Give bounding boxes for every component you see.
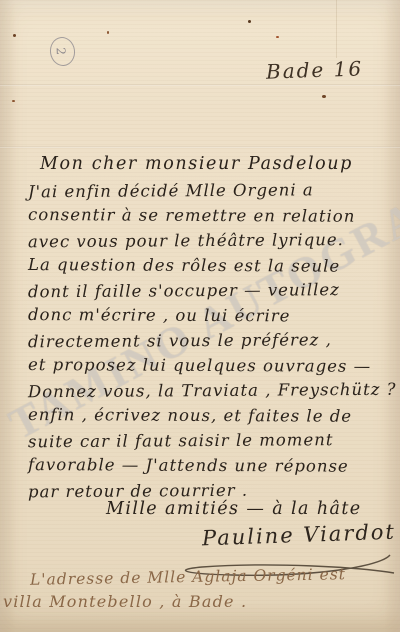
letter-dateline: Bade 16 — [266, 56, 364, 83]
letter-line: Donnez vous, la Traviata , Freyschütz ? — [28, 380, 398, 408]
foxing-speck — [248, 20, 251, 23]
letter-body: J'ai enfin décidé Mlle Orgeni a consenti… — [28, 181, 398, 506]
foxing-speck — [13, 34, 16, 37]
postscript-line: villa Montebello , à Bade . — [3, 592, 247, 611]
foxing-speck — [12, 100, 15, 102]
paper-crease — [0, 84, 400, 86]
letter-line: consentir à se remettre en relation — [28, 205, 398, 232]
letter-line: La question des rôles est la seule — [28, 255, 398, 282]
letter-line: avec vous pour le théâtre lyrique. — [28, 230, 398, 258]
letter-line: J'ai enfin décidé Mlle Orgeni a — [28, 180, 398, 208]
foxing-speck — [107, 31, 109, 34]
collector-mark-text: 2 — [54, 47, 68, 55]
paper-crease — [336, 0, 337, 58]
postscript-line: L'adresse de Mlle Aglaja Orgéni est — [30, 565, 346, 589]
letter-line: directement si vous le préférez , — [28, 330, 398, 358]
letter-line: donc m'écrire , ou lui écrire — [28, 305, 398, 332]
letter-line: suite car il faut saisir le moment — [28, 430, 398, 458]
letter-closing: Mille amitiés — à la hâte — [106, 499, 362, 519]
foxing-speck — [322, 95, 326, 98]
signature-pauline-viardot: Pauline Viardot — [202, 520, 397, 551]
letter-line: et proposez lui quelques ouvrages — — [28, 355, 398, 382]
letter-line: favorable — J'attends une réponse — [28, 455, 398, 482]
letter-scan: TAMINO AUTOGRAPHS 2 Bade 16 Mon cher mon… — [0, 0, 400, 632]
letter-line: dont il faille s'occuper — veuillez — [28, 280, 398, 308]
letter-salutation: Mon cher monsieur Pasdeloup — [40, 154, 353, 174]
paper-crease — [0, 146, 400, 148]
collector-oval-mark: 2 — [48, 35, 77, 67]
foxing-speck — [276, 36, 279, 38]
letter-line: enfin , écrivez nous, et faites le de — [28, 405, 398, 432]
